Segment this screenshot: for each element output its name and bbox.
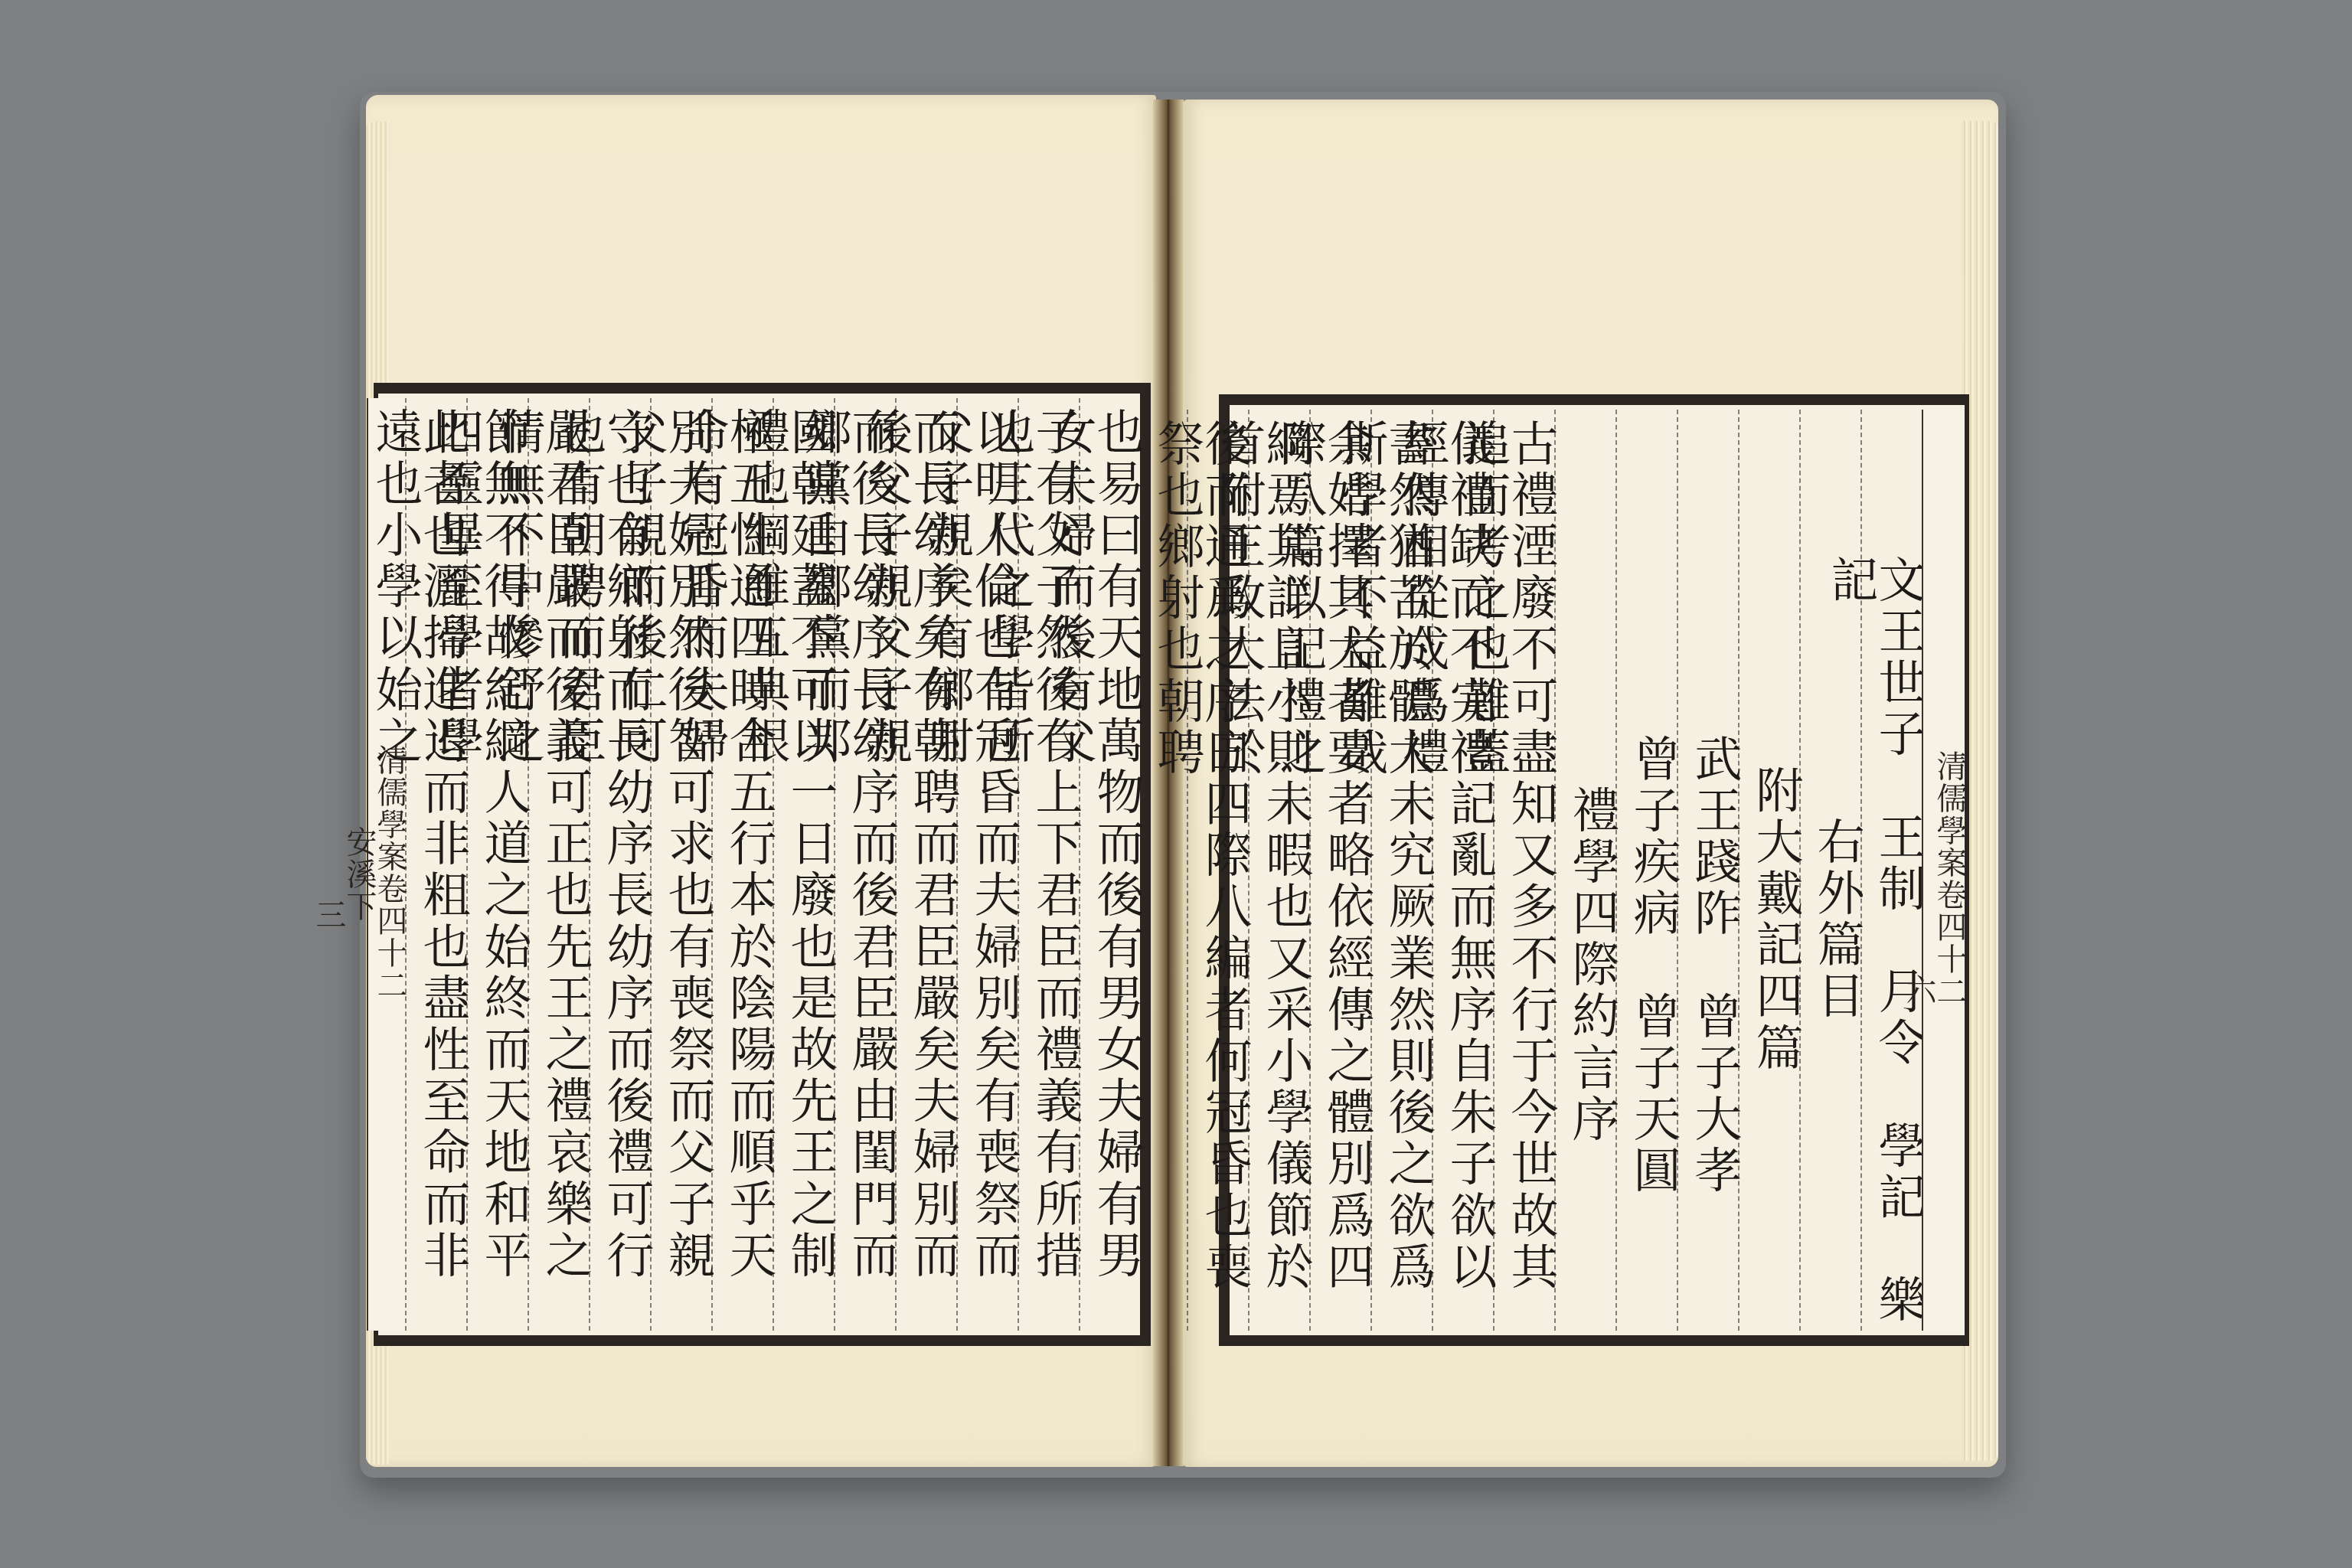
fold-title: 清儒學案卷四十二 <box>374 744 405 1001</box>
text-column-contents: 文王世子 王制 月令 學記 樂記 <box>1860 410 1922 1331</box>
fold-page-number: 六 <box>1903 974 1934 1006</box>
text-column-heading: 右外篇目 <box>1799 410 1860 1331</box>
left-text-columns: 也易曰有天地萬物而後有男女夫婦有男女夫婦而後有父 子有父子然後有上下君臣而禮義有… <box>378 398 1140 1331</box>
text-column: 也易曰有天地萬物而後有男女夫婦有男女夫婦而後有父 <box>1079 398 1140 1331</box>
fold-section: 安溪下 <box>344 826 374 923</box>
fold-page-number: 三 <box>313 899 344 931</box>
right-text-columns: 清儒學案卷四十二 六 文王世子 王制 月令 學記 樂記 右外篇目 附大戴記四篇 … <box>1230 410 1965 1331</box>
text-column-heading: 附大戴記四篇 <box>1738 410 1799 1331</box>
text-column-heading: 禮學四際約言序 <box>1554 410 1615 1331</box>
book-gutter <box>1153 100 1184 1466</box>
text-column: 古禮湮廢不可盡知又多不行于今世故其追而考之也難蓋 <box>1493 410 1554 1331</box>
left-text-frame: 也易曰有天地萬物而後有男女夫婦有男女夫婦而後有父 子有父子然後有上下君臣而禮義有… <box>374 383 1151 1346</box>
text-column-contents: 武王踐阼 曾子大孝 <box>1677 410 1738 1331</box>
right-text-frame: 清儒學案卷四十二 六 文王世子 王制 月令 學記 樂記 右外篇目 附大戴記四篇 … <box>1219 394 1969 1346</box>
text-column-contents: 曾子疾病 曾子天圓 <box>1615 410 1677 1331</box>
fold-title: 清儒學案卷四十二 <box>1934 750 1965 1008</box>
right-fold-column: 清儒學案卷四十二 六 <box>1922 410 1965 1331</box>
